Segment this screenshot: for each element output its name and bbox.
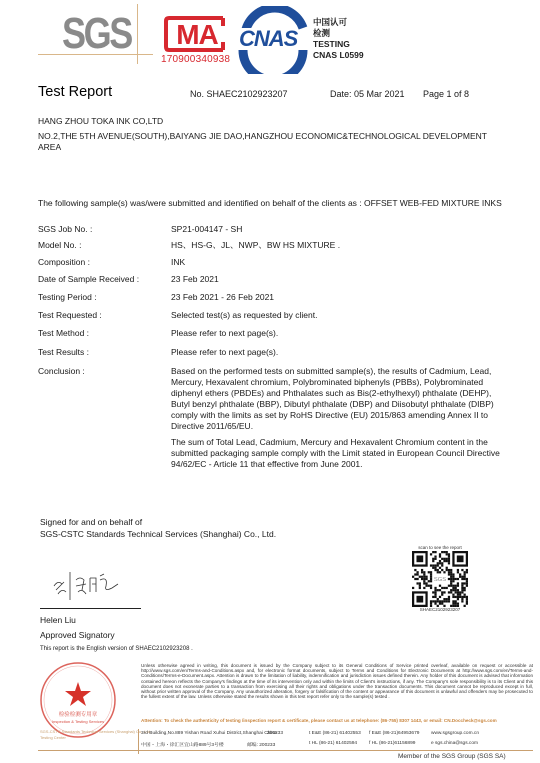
signature-line bbox=[40, 608, 141, 609]
cnas-line-cn1: 中国认可 bbox=[313, 17, 364, 28]
footer-address-en: 3rd Building,No.889 Yishan Road Xuhui Di… bbox=[141, 731, 277, 736]
field-value: Please refer to next page(s). bbox=[171, 328, 501, 339]
footer-disclaimer: Unless otherwise agreed in writing, this… bbox=[141, 663, 533, 699]
conclusion-paragraph-rohs: Based on the performed tests on submitte… bbox=[171, 366, 501, 432]
footer-website[interactable]: www.sgsgroup.com.cn bbox=[431, 731, 479, 736]
footer-email[interactable]: e sgs.china@sgs.com bbox=[431, 741, 478, 746]
field-label: Test Method : bbox=[38, 328, 168, 339]
english-version-note: This report is the English version of SH… bbox=[40, 646, 193, 652]
cnas-line-number: CNAS L0599 bbox=[313, 50, 364, 61]
report-number: No. SHAEC2102923207 bbox=[190, 89, 288, 99]
report-qr-code[interactable]: scan to see the report SGS SHAEC21029232… bbox=[410, 545, 470, 612]
footer-divider-horizontal bbox=[38, 750, 533, 751]
cma-logo: MA bbox=[163, 14, 229, 54]
signatory: Helen Liu Approved Signatory bbox=[40, 613, 115, 643]
cnas-line-testing: TESTING bbox=[313, 39, 364, 50]
field-label: SGS Job No. : bbox=[38, 224, 168, 235]
footer-postcode-en: 200233 bbox=[267, 731, 283, 736]
footer-tel-ee: t E&E (86-21) 61402553 bbox=[309, 731, 361, 736]
field-value: INK bbox=[171, 257, 501, 268]
handwritten-signature-icon bbox=[48, 566, 128, 606]
field-value: HS、HS-G、JL、NWP、BW HS MIXTURE . bbox=[171, 240, 501, 251]
svg-text:Inspection & Testing Services: Inspection & Testing Services bbox=[52, 719, 104, 724]
field-value: 23 Feb 2021 - 26 Feb 2021 bbox=[171, 292, 501, 303]
signed-line-1: Signed for and on behalf of bbox=[40, 516, 276, 528]
field-value: Selected test(s) as requested by client. bbox=[171, 310, 501, 321]
field-value: Please refer to next page(s). bbox=[171, 347, 501, 358]
svg-text:检验检测专用章: 检验检测专用章 bbox=[59, 710, 98, 718]
footer-postcode-cn: 邮编: 200233 bbox=[247, 741, 275, 748]
client-address: NO.2,THE 5TH AVENUE(SOUTH),BAIYANG JIE D… bbox=[38, 131, 508, 153]
cnas-accreditation: 中国认可 检测 TESTING CNAS L0599 bbox=[313, 17, 364, 61]
header-logos: SGS MA 170900340938 CNAS 中国认可 检测 TESTING… bbox=[0, 0, 540, 80]
field-value: SP21-004147 - SH bbox=[171, 224, 501, 235]
member-of-sgs-group: Member of the SGS Group (SGS SA) bbox=[398, 753, 506, 760]
cnas-logo-text: CNAS bbox=[238, 28, 298, 50]
field-label: Model No. : bbox=[38, 240, 168, 251]
cma-number: 170900340938 bbox=[161, 54, 230, 65]
footer-fax-ee: f E&E (86-21)64953679 bbox=[369, 731, 419, 736]
footer-contact-row-en: 3rd Building,No.889 Yishan Road Xuhui Di… bbox=[141, 731, 533, 739]
field-label: Date of Sample Received : bbox=[38, 274, 168, 285]
footer-fax-hl: f HL (86-21)61156899 bbox=[369, 741, 415, 746]
qr-report-number: SHAEC2102923207 bbox=[410, 607, 470, 612]
report-date: Date: 05 Mar 2021 bbox=[330, 89, 405, 99]
cnas-line-cn2: 检测 bbox=[313, 28, 364, 39]
client-name: HANG ZHOU TOKA INK CO,LTD bbox=[38, 116, 163, 127]
cma-logo-text: MA bbox=[169, 20, 225, 50]
sgs-logo: SGS bbox=[62, 12, 131, 56]
field-label: Testing Period : bbox=[38, 292, 168, 303]
signed-line-2: SGS-CSTC Standards Technical Services (S… bbox=[40, 528, 276, 540]
footer-address-cn: 中国・上海・徐汇区宜山路889号3号楼 bbox=[141, 741, 224, 748]
signer-name: Helen Liu bbox=[40, 613, 115, 628]
footer-tel-hl: t HL (86-21) 61402594 bbox=[309, 741, 357, 746]
conclusion-label: Conclusion : bbox=[38, 366, 168, 377]
page-indicator: Page 1 of 8 bbox=[423, 89, 469, 99]
field-label: Composition : bbox=[38, 257, 168, 268]
footer-contact-row-cn: 中国・上海・徐汇区宜山路889号3号楼 邮编: 200233 t HL (86-… bbox=[141, 741, 533, 749]
qr-code-icon[interactable]: SGS bbox=[412, 551, 468, 607]
report-header: Test Report No. SHAEC2102923207 Date: 05… bbox=[38, 84, 518, 104]
conclusion-paragraph-packaging: The sum of Total Lead, Cadmium, Mercury … bbox=[171, 437, 501, 470]
sample-intro: The following sample(s) was/were submitt… bbox=[38, 198, 508, 209]
field-label: Test Requested : bbox=[38, 310, 168, 321]
sgs-logo-divider-vertical bbox=[137, 4, 138, 64]
footer-attention: Attention: To check the authenticity of … bbox=[141, 718, 533, 723]
qr-caption: scan to see the report bbox=[410, 545, 470, 550]
svg-text:SGS: SGS bbox=[434, 577, 446, 583]
field-value: 23 Feb 2021 bbox=[171, 274, 501, 285]
stamp-overlay-text: SGS-CSTC Standards Technical Services (S… bbox=[40, 729, 151, 741]
page-title: Test Report bbox=[38, 84, 112, 100]
field-label: Test Results : bbox=[38, 347, 168, 358]
signed-on-behalf: Signed for and on behalf of SGS-CSTC Sta… bbox=[40, 516, 276, 540]
signer-title: Approved Signatory bbox=[40, 628, 115, 643]
stamp-overlay-line-2: Testing Center bbox=[40, 735, 151, 741]
conclusion-text: Based on the performed tests on submitte… bbox=[171, 366, 501, 475]
